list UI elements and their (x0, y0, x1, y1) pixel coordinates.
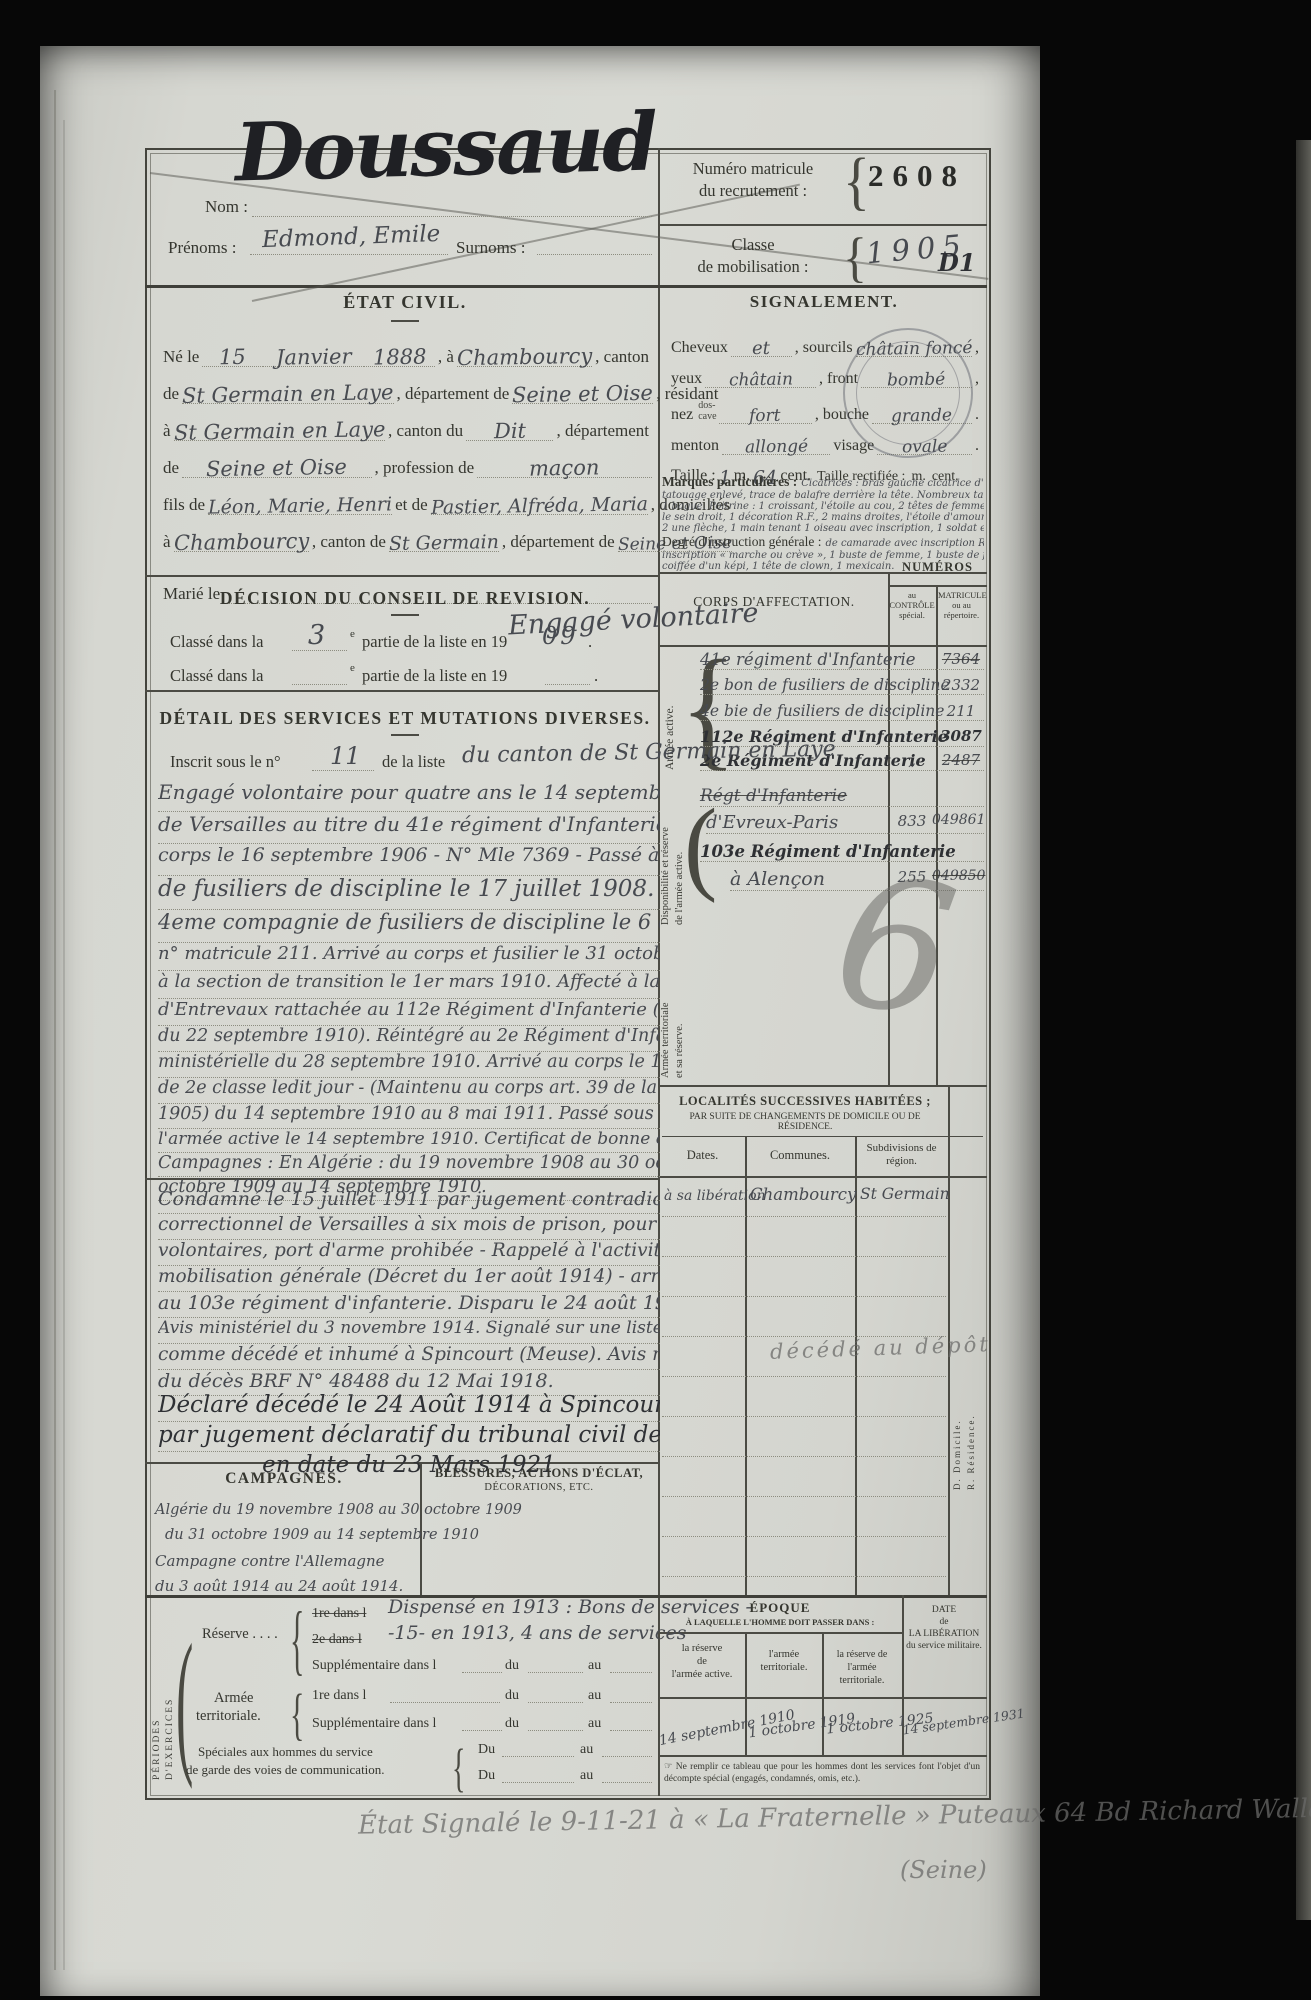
divider (658, 1755, 987, 1757)
territoriale-vlabel-1: Armée territoriale (660, 938, 671, 1078)
profession-line: de Seine et Oise , profession de maçon (160, 441, 652, 478)
campagne-line: du 31 octobre 1909 au 14 septembre 1910 (155, 1527, 417, 1552)
table-row (662, 1576, 946, 1577)
canton-line: de St Germain en Laye , département de S… (160, 367, 652, 404)
divider (658, 224, 987, 226)
field-rule (390, 1702, 500, 1703)
father-value: Léon, Marie, Henri (208, 494, 392, 517)
epoque-title: ÉPOQUE (658, 1600, 902, 1616)
divider (658, 1176, 987, 1178)
canton2-value: Dit (494, 421, 526, 442)
service-line: de 2e classe ledit jour - (Maintenu au c… (158, 1078, 660, 1104)
parents-line: fils de Léon, Marie, Henri et de Pastier… (160, 478, 652, 515)
field-rule (602, 1782, 652, 1783)
de2-label: de (160, 458, 182, 478)
ne-le-label: Né le (160, 347, 202, 367)
reserve-row2-label: 2e dans l (312, 1632, 362, 1648)
degre-row: Degré d'instruction générale : de camara… (662, 534, 984, 550)
page-stack-edge (63, 120, 65, 1970)
birth-day-field: 15 (202, 344, 263, 367)
a3-label: à (160, 532, 174, 552)
page-stack-edge (54, 90, 56, 1970)
cheveux-value: et (752, 339, 770, 359)
footer-seine-note: (Seine) (900, 1856, 987, 1884)
du-label: du (505, 1688, 519, 1704)
birth-month-field: Janvier (263, 344, 364, 367)
divider (855, 1136, 857, 1595)
signalement-title: SIGNALEMENT. (668, 292, 980, 312)
matricule-label: Numéro matricule du recrutement : (664, 158, 842, 202)
campagne-line: Algérie du 19 novembre 1908 au 30 octobr… (155, 1502, 417, 1527)
controle-cell: „ (890, 751, 934, 769)
profession-value: maçon (529, 457, 600, 478)
birth-line: Né le 15 Janvier 1888 , à Chambourcy , c… (160, 330, 652, 367)
dept-de2-label: , département de (499, 532, 618, 552)
nez-cave-label: cave (698, 411, 716, 422)
classe2-label: Classé dans la (170, 666, 263, 686)
service-line: au 103e régiment d'infanterie. Disparu l… (158, 1292, 660, 1318)
departement-label: , département (553, 421, 652, 441)
sup-e: e (350, 662, 355, 674)
matricule-cell: 2332 (938, 676, 984, 694)
service-line: à la section de transition le 1er mars 1… (158, 971, 660, 999)
table-row (662, 1456, 946, 1457)
classe1-value: 3 (308, 620, 325, 651)
divider (658, 1697, 987, 1699)
service-block-2: Condamné le 15 juillet 1911 par jugement… (158, 1188, 660, 1396)
matricule-cell: 211 (938, 702, 984, 720)
cheveux-field: et (731, 336, 792, 357)
marques-line: de camarade avec inscription R.F. (826, 538, 985, 549)
marques-line: Cicatrices : bras gauche cicatrice d'un (801, 478, 984, 489)
reserve-row2-note: -15- en 1913, 4 ans de services (388, 1622, 686, 1644)
page-edge-strip (1296, 140, 1311, 1920)
service-line: correctionnel de Versailles à six mois d… (158, 1214, 660, 1240)
service-line: comme décédé et inhumé à Spincourt (Meus… (158, 1344, 660, 1370)
matricule-label-line2: du recrutement : (664, 180, 842, 202)
territoriale-label: territoriale. (196, 1708, 261, 1725)
birth-place-field: Chambourcy (457, 344, 592, 367)
nez-dos-label: dos- (698, 400, 716, 411)
marques-line: le sein droit, 1 décoration R.F., 2 main… (662, 512, 984, 523)
residence-field: St Germain en Laye (174, 418, 385, 441)
table-row (662, 1536, 946, 1537)
service-line: 1905) du 14 septembre 1910 au 8 mai 1911… (158, 1104, 660, 1129)
deces-line: par jugement déclaratif du tribunal civi… (158, 1422, 660, 1452)
inscrit-num-field (312, 770, 374, 771)
service-line: n° matricule 211. Arrivé au corps et fus… (158, 943, 660, 971)
marques-line: 1 bague. Poitrine : 1 croissant, l'étoil… (662, 501, 984, 512)
nom-rule (252, 216, 652, 217)
canton-field: St Germain en Laye (182, 381, 393, 404)
numeros-title: NUMÉROS (890, 560, 985, 575)
nom-label: Nom : (205, 197, 248, 217)
nez-sublabels: dos- cave (696, 400, 718, 424)
canton-value: St Germain en Laye (182, 382, 394, 406)
deces-line: Déclaré décédé le 24 Août 1914 à Spincou… (158, 1392, 660, 1422)
service-line: l'armée active le 14 septembre 1910. Cer… (158, 1129, 660, 1153)
birth-day-value: 15 (219, 347, 246, 367)
matricule-brace: { (843, 145, 870, 219)
sourcils-label: , sourcils (792, 339, 856, 357)
domicile-field: Chambourcy (174, 529, 309, 552)
mother-field: Pastier, Alfréda, Maria (431, 493, 648, 515)
field-rule (528, 1730, 583, 1731)
canton-label: , canton (592, 347, 652, 367)
inscrit-num-value: 11 (330, 742, 361, 770)
matricule-label-line1: Numéro matricule (664, 158, 842, 180)
campagnes-block: Algérie du 19 novembre 1908 au 30 octobr… (155, 1502, 417, 1602)
degre-instruction-label: Degré d'instruction générale : (662, 534, 826, 550)
a2-label: à (160, 421, 174, 441)
reserve-brace: { (290, 1598, 304, 1686)
territoriale-row1-label: 1re dans l (312, 1688, 366, 1704)
profession-field: maçon (477, 455, 652, 478)
territoriale-brace: { (290, 1684, 304, 1749)
field-rule (462, 1730, 502, 1731)
punct: , (972, 339, 982, 357)
service-block-1: Engagé volontaire pour quatre ans le 14 … (158, 780, 660, 1201)
du-label: du (505, 1658, 519, 1674)
surnoms-rule (537, 254, 652, 255)
du-label: Du (478, 1768, 495, 1784)
field-rule (610, 1672, 652, 1673)
classe-suffix-handwritten: D1 (938, 248, 976, 277)
canton-du-label: , canton du (385, 421, 466, 441)
yeux-field: châtain (705, 367, 816, 388)
punct: . (972, 437, 982, 455)
du-label: du (505, 1716, 519, 1732)
epoque-subtitle: À LAQUELLE L'HOMME DOIT PASSER DANS : (658, 1617, 902, 1627)
field-rule (462, 1672, 502, 1673)
canton3-value: St Germain (389, 532, 499, 554)
partie-label: partie de la liste en 19 (362, 632, 507, 652)
field-rule (610, 1702, 652, 1703)
scanned-military-record: Doussaud Nom : Prénoms : Edmond, Emile S… (0, 0, 1311, 2000)
divider (662, 1136, 983, 1137)
epoque-col3: la réserve de l'armée territoriale. (824, 1648, 900, 1687)
controle-cell: 833 (890, 812, 934, 830)
localites-row-subdiv: St Germain (860, 1185, 950, 1203)
prenoms-label: Prénoms : (168, 238, 236, 258)
divider (745, 1136, 747, 1595)
campagne-line: du 3 août 1914 au 24 août 1914. (155, 1577, 417, 1602)
title-dash (391, 614, 419, 616)
nez-value: fort (749, 406, 781, 427)
partie2-label: partie de la liste en 19 (362, 666, 507, 686)
marques-line: 2 une flèche, 1 main tenant 1 oiseau ave… (662, 523, 984, 534)
epoque-col1: la réserve de l'armée active. (660, 1642, 744, 1681)
service-line: de fusiliers de discipline le 17 juillet… (158, 876, 660, 910)
speciales-brace: { (452, 1740, 465, 1801)
profession-de-label: , profession de (372, 458, 478, 478)
divider (658, 1632, 902, 1634)
localites-row-commune: Chambourcy (750, 1185, 856, 1204)
de-label: de (160, 384, 182, 404)
au-label: au (588, 1716, 601, 1732)
birth-month-value: Janvier (276, 346, 352, 367)
menton-field: allongé (722, 434, 830, 455)
dept2-value: Seine et Oise (206, 457, 347, 479)
fils-de-label: fils de (160, 495, 208, 515)
divider (745, 1632, 747, 1755)
birth-place-value: Chambourcy (457, 346, 593, 368)
service-line: du 22 septembre 1910). Réintégré au 2e R… (158, 1026, 660, 1052)
table-row (662, 1296, 946, 1297)
col-subdivisions: Subdivisions de région. (857, 1142, 946, 1168)
epoque-col2: l'armée territoriale. (748, 1648, 820, 1674)
corps-row: Régt d'Infanterie (700, 786, 984, 807)
father-field: Léon, Marie, Henri (208, 493, 392, 515)
service-line: ministérielle du 28 septembre 1910. Arri… (158, 1052, 660, 1078)
domicile-line: à Chambourcy , canton de St Germain , dé… (160, 515, 652, 552)
classe-label: Classe de mobilisation : (664, 234, 842, 278)
au-label: au (580, 1768, 593, 1784)
col-communes: Communes. (747, 1148, 853, 1163)
table-row (662, 1256, 946, 1257)
localites-title: LOCALITÉS SUCCESSIVES HABITÉES ; (662, 1094, 948, 1109)
blessures-subtitle: DÉCORATIONS, ETC. (426, 1482, 652, 1493)
service-line: d'Entrevaux rattachée au 112e Régiment d… (158, 999, 660, 1026)
field-rule (502, 1756, 574, 1757)
au-label: au (588, 1688, 601, 1704)
supplementaire-label: Supplémentaire dans l (312, 1716, 436, 1732)
marques-line: tatouage enlevé, trace de balafre derriè… (662, 490, 984, 501)
epoque-footnote: ☞ Ne remplir ce tableau que pour les hom… (664, 1762, 980, 1785)
a-label: , à (435, 347, 457, 367)
au-label: au (580, 1742, 593, 1758)
du-label: Du (478, 1742, 495, 1758)
epoque-date-col: DATE de LA LIBÉRATION du service militai… (904, 1604, 984, 1652)
field-rule (528, 1702, 583, 1703)
service-line: Avis ministériel du 3 novembre 1914. Sig… (158, 1318, 660, 1344)
dept-de-label: , département de (394, 384, 513, 404)
supplementaire-label: Supplémentaire dans l (312, 1658, 436, 1674)
canton-de-label: , canton de (309, 532, 389, 552)
classe-label-line1: Classe (664, 234, 842, 256)
service-line: de Versailles au titre du 41e régiment d… (158, 812, 660, 844)
campagne-line: Campagne contre l'Allemagne (155, 1552, 417, 1577)
marques-block: Marques particulières : Cicatrices : bra… (662, 474, 984, 572)
armee-label: Armée (214, 1690, 253, 1707)
nez-field: fort (719, 403, 812, 424)
marques-label: Marques particulières : (662, 474, 801, 490)
punct: . (972, 406, 982, 424)
canton2-field: Dit (466, 418, 553, 441)
numeros-ctrl-header: au CONTRÔLE spécial. (889, 590, 935, 620)
table-row (662, 1416, 946, 1417)
periodes-vlabel-2: D'EXERCICES (165, 1615, 175, 1780)
nez-label: nez (668, 406, 696, 424)
title-dash (391, 734, 419, 736)
field-rule (528, 1672, 583, 1673)
campagnes-title: CAMPAGNES. (158, 1470, 410, 1488)
matricule-cell: 7364 (938, 650, 984, 668)
liste-label: de la liste (382, 752, 445, 772)
col-dates: Dates. (660, 1148, 745, 1163)
localites-subtitle: PAR SUITE DE CHANGEMENTS DE DOMICILE OU … (662, 1112, 948, 1132)
etat-civil-block: Né le 15 Janvier 1888 , à Chambourcy , c… (160, 330, 652, 604)
matricule-cell: 2487 (938, 751, 984, 769)
residence-line: à St Germain en Laye , canton du Dit , d… (160, 404, 652, 441)
dept-field: Seine et Oise (512, 381, 653, 404)
classe1-label: Classé dans la (170, 632, 263, 652)
surnoms-label: Surnoms : (456, 238, 525, 258)
inscrit-label: Inscrit sous le n° (170, 752, 281, 772)
marques-row: Marques particulières : Cicatrices : bra… (662, 474, 984, 490)
service-line: Engagé volontaire pour quatre ans le 14 … (158, 780, 660, 812)
residence-value: St Germain en Laye (173, 419, 385, 443)
divider (658, 1085, 987, 1087)
service-line: Condamné le 15 juillet 1911 par jugement… (158, 1188, 660, 1214)
yeux-value: châtain (728, 369, 792, 390)
speciales-label-1: Spéciales aux hommes du service (198, 1744, 373, 1760)
mother-value: Pastier, Alfréda, Maria (431, 494, 648, 518)
field-rule (502, 1782, 574, 1783)
divider (145, 690, 658, 692)
surname-handwritten: Doussaud (234, 95, 657, 200)
field-rule (602, 1756, 652, 1757)
au-label: au (588, 1658, 601, 1674)
annee2-field (545, 684, 590, 685)
punct: . (594, 666, 598, 686)
field-rule (610, 1730, 652, 1731)
classe-brace: { (843, 225, 867, 289)
matricule-cell: 049861 (932, 812, 984, 828)
service-line: volontaires, port d'arme prohibée - Rapp… (158, 1240, 660, 1266)
dept2-field: Seine et Oise (182, 455, 371, 478)
birth-year-field: 1888 (364, 344, 435, 367)
classe2-field (292, 684, 347, 685)
reserve-label: Réserve . . . . (202, 1626, 278, 1643)
reserve-row1-label: 1re dans l (312, 1606, 366, 1622)
canton3-field: St Germain (389, 530, 499, 552)
service-line: mobilisation générale (Décret du 1er aoû… (158, 1266, 660, 1292)
periodes-vlabel-1: PÉRIODES (152, 1615, 162, 1780)
classe-label-line2: de mobilisation : (664, 256, 842, 278)
table-row (662, 1496, 946, 1497)
detail-title: DÉTAIL DES SERVICES ET MUTATIONS DIVERSE… (158, 708, 652, 729)
menton-label: menton (668, 437, 722, 455)
punct: , (972, 370, 982, 388)
dept-value: Seine et Oise (512, 383, 653, 405)
yeux-label: yeux (668, 370, 705, 388)
territoriale-vlabel-2: et sa réserve. (674, 938, 685, 1078)
speciales-label-2: de garde des voies de communication. (186, 1762, 385, 1778)
birth-year-value: 1888 (373, 347, 427, 368)
numeros-mat-header: MATRICULE ou au répertoire. (938, 590, 985, 620)
table-row (662, 1376, 946, 1377)
sup-e: e (350, 628, 355, 640)
title-dash (391, 320, 419, 322)
service-line: 4eme compagnie de fusiliers de disciplin… (158, 910, 660, 943)
etat-civil-title: ÉTAT CIVIL. (158, 292, 652, 313)
disponibilite-vlabel-1: Disponibilité et réserve (660, 775, 671, 925)
blessures-title: BLESSURES, ACTIONS D'ÉCLAT, (426, 1466, 652, 1481)
service-line: Campagnes : En Algérie : du 19 novembre … (158, 1153, 660, 1177)
table-row (662, 1216, 946, 1217)
menton-value: allongé (744, 436, 807, 457)
cheveux-label: Cheveux (668, 339, 731, 357)
matricule-cell: 3087 (938, 727, 984, 745)
service-line: corps le 16 septembre 1906 - N° Mle 7369… (158, 844, 660, 876)
matricule-number: 2608 (868, 158, 966, 194)
domicile-value: Chambourcy (173, 531, 309, 553)
prenoms-rule (250, 254, 448, 255)
et-de-label: et de (392, 495, 431, 515)
